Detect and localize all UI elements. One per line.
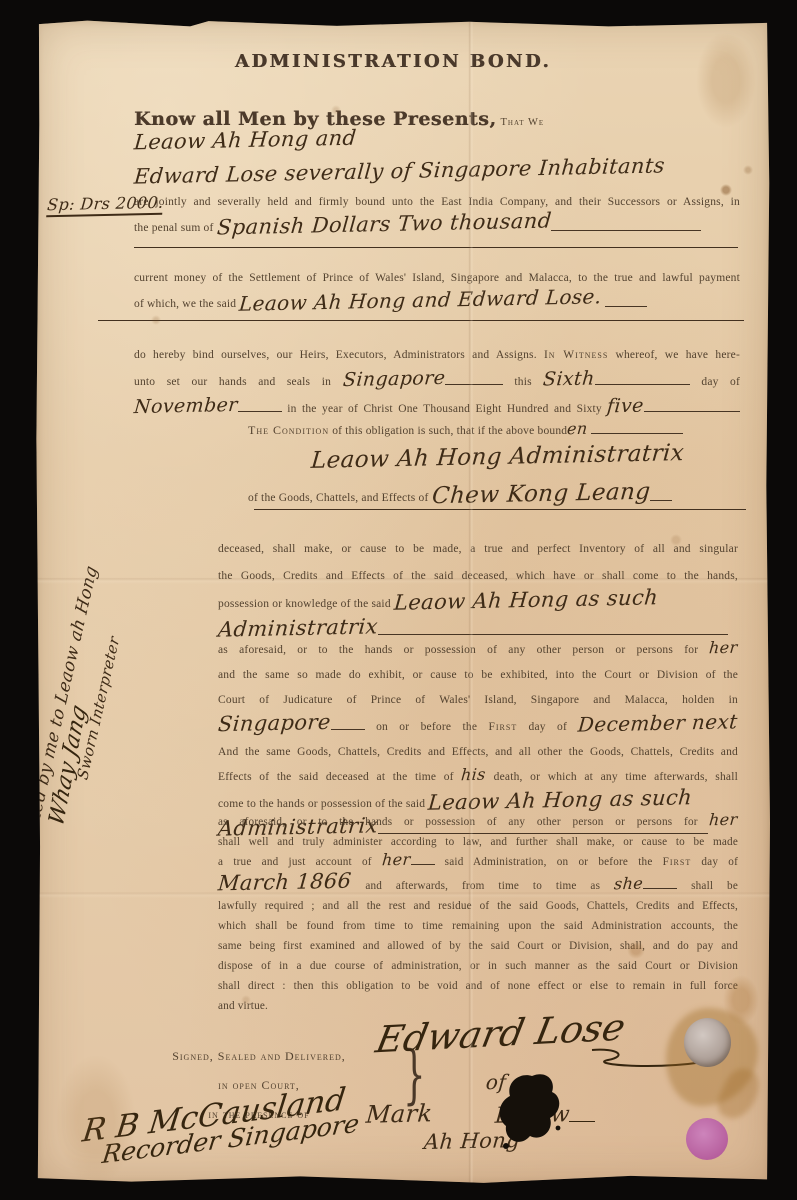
attestation-line-1: Signed, Sealed and Delivered, — [124, 1042, 394, 1071]
exhibit-text-e: death, or which at any time afterwards, … — [494, 771, 738, 783]
hw-holden-place: Singapore — [217, 712, 331, 735]
account-text-b: a true and just account of — [218, 856, 372, 868]
first-day-label-2: First — [663, 856, 692, 868]
hw-mark-word: Mark — [365, 1101, 434, 1126]
payment-lead: of which, we the said — [134, 298, 236, 310]
hw-return-date: December next — [578, 711, 739, 734]
blank-rule — [643, 880, 677, 889]
ink-blot — [498, 1070, 570, 1154]
effects-of-label: of the Goods, Chattels, and Effects of — [248, 492, 429, 504]
opening-line-1: Know all Men by these Presents, That We … — [134, 108, 750, 152]
witness-text-c: unto set our hands and seals in — [134, 376, 331, 388]
hw-obligor-names-2: Edward Lose severally of Singapore Inhab… — [133, 155, 666, 187]
first-day-label-1: First — [488, 721, 517, 733]
hw-account-date: March 1866 — [217, 871, 352, 895]
paragraph-witness: do hereby bind ourselves, our Heirs, Exe… — [134, 342, 740, 423]
witness-line-1: do hereby bind ourselves, our Heirs, Exe… — [134, 342, 740, 369]
witness-text-f: in the year of Christ One Thousand Eight… — [287, 403, 602, 415]
paragraph-opening: Know all Men by these Presents, That We … — [134, 108, 750, 183]
hw-bounden-suffix: en — [567, 421, 589, 437]
hw-pronoun-she: she — [613, 876, 644, 893]
scan-background: { "page": { "background_color": "#0b0908… — [0, 0, 797, 1200]
document-title: ADMINISTRATION BOND. — [76, 51, 710, 72]
payment-line-2: of which, we the said Leaow Ah Hong and … — [134, 290, 740, 316]
account-line-1: as aforesaid, or to the hands or possess… — [218, 812, 738, 832]
blank-rule — [650, 491, 672, 501]
account-text-d: day of — [701, 856, 738, 868]
witness-text-b: whereof, we have here- — [615, 349, 740, 361]
inventory-lead: possession or knowledge of the said — [218, 598, 391, 610]
payment-line-1: current money of the Settlement of Princ… — [134, 266, 740, 290]
blank-rule — [445, 375, 503, 385]
account-line-2: shall well and truly administer accordin… — [218, 832, 738, 852]
account-line-5: lawfully required ; and all the rest and… — [218, 896, 738, 916]
witness-line-2: unto set our hands and seals in Singapor… — [134, 369, 740, 396]
opening-line-2: Edward Lose severally of Singapore Inhab… — [134, 161, 750, 183]
hw-pronoun-her-2: her — [709, 812, 739, 829]
blank-rule — [595, 375, 690, 385]
blank-rule — [411, 856, 435, 865]
hw-deceased-name: Chew Kong Leang — [431, 481, 651, 509]
blank-rule — [331, 720, 365, 730]
exhibit-text-f: come to the hands or possession of the s… — [218, 798, 425, 810]
hw-month: November — [133, 396, 238, 417]
mark-block: of Mark Leaow Ah Hong — [366, 1072, 626, 1153]
paragraph-condition: The Condition of this obligation is such… — [248, 421, 748, 506]
account-text-c: said Administration, on or before the — [445, 856, 653, 868]
blank-rule — [378, 625, 728, 635]
blank-rule — [551, 221, 701, 231]
inventory-line-1: deceased, shall make, or cause to be mad… — [218, 536, 738, 563]
interpreter-note: Explained by me to Leaow ah Hong Whay Ja… — [11, 467, 166, 888]
exhibit-text-a: as aforesaid, or to the hands or possess… — [218, 644, 698, 656]
paragraph-inventory: deceased, shall make, or cause to be mad… — [218, 536, 738, 646]
blank-rule — [238, 402, 282, 412]
blank-line-rule — [134, 247, 738, 248]
inventory-line-3: possession or knowledge of the said Leao… — [218, 590, 738, 618]
hw-place: Singapore — [342, 369, 446, 390]
blank-rule — [644, 402, 740, 412]
exhibit-line-3: Court of Judicature of Prince of Wales' … — [218, 688, 738, 713]
exhibit-text-d: Effects of the said deceased at the time… — [218, 771, 454, 783]
inventory-line-2: the Goods, Credits and Effects of the sa… — [218, 563, 738, 590]
mark-dash — [569, 1109, 595, 1122]
account-line-9: shall direct : then this obligation to b… — [218, 976, 738, 996]
hw-administratrix-name: Leaow Ah Hong Administratrix — [311, 442, 686, 473]
exhibit-line-2: and the same so made do exhibit, or caus… — [218, 663, 738, 688]
witness-text-a: do hereby bind ourselves, our Heirs, Exe… — [134, 349, 537, 361]
exhibit-text-c: day of — [529, 721, 568, 733]
blank-line-rule — [254, 509, 746, 510]
hw-possession-name: Leaow Ah Hong as such — [427, 787, 693, 814]
witness-text-e: day of — [701, 376, 740, 388]
exhibit-line-1: as aforesaid, or to the hands or possess… — [218, 638, 738, 663]
account-text-f: shall be — [691, 880, 738, 892]
hw-obligor-names-1: Leaow Ah Hong and — [133, 128, 357, 154]
penal-sum-lead: the penal sum of — [134, 222, 214, 234]
account-text-a: as aforesaid, or to the hands or possess… — [218, 816, 698, 828]
hw-penal-sum: Spanish Dollars Two thousand — [216, 210, 552, 238]
account-text-e: and afterwards, from time to time as — [365, 880, 600, 892]
condition-text: of this obligation is such, that if the … — [332, 425, 567, 437]
paper-sheet: ADMINISTRATION BOND. Know all Men by the… — [36, 20, 770, 1184]
exhibit-line-5: And the same Goods, Chattels, Credits an… — [218, 740, 738, 765]
paragraph-account: as aforesaid, or to the hands or possess… — [218, 812, 738, 1016]
exhibit-text-b: on or before the — [376, 721, 477, 733]
paragraph-payment: current money of the Settlement of Princ… — [134, 266, 740, 316]
condition-line-1: The Condition of this obligation is such… — [248, 421, 748, 438]
account-line-4: March 1866 and afterwards, from time to … — [218, 872, 738, 896]
hw-pronoun-her-1: her — [709, 640, 739, 657]
wax-seal — [684, 1018, 731, 1067]
in-witness-label: In Witness — [544, 349, 608, 361]
witness-line-3: November in the year of Christ One Thous… — [134, 396, 740, 423]
penal-sum-line-2: the penal sum of Spanish Dollars Two tho… — [134, 214, 740, 240]
blank-line-rule — [98, 320, 744, 321]
hw-inventory-name: Leaow Ah Hong as such — [393, 587, 659, 614]
blank-rule — [591, 424, 683, 434]
blank-rule — [605, 297, 647, 307]
hw-pronoun-his: his — [461, 767, 487, 784]
condition-line-3: of the Goods, Chattels, and Effects of C… — [248, 483, 748, 506]
exhibit-line-4: Singapore on or before the First day of … — [218, 713, 738, 740]
account-line-7: same being first examined and allowed of… — [218, 936, 738, 956]
account-line-6: which shall be found from time to time r… — [218, 916, 738, 936]
hw-day: Sixth — [542, 369, 595, 389]
that-we-label: That We — [500, 117, 544, 128]
pink-wafer-seal — [686, 1118, 728, 1160]
account-line-8: dispose of in a due course of administra… — [218, 956, 738, 976]
hw-payment-names: Leaow Ah Hong and Edward Lose. — [239, 286, 603, 314]
hw-year: five — [607, 397, 645, 417]
witness-text-d: this — [514, 376, 531, 388]
hw-pronoun-her-3: her — [381, 852, 411, 869]
paragraph-penal-sum: are jointly and severally held and firml… — [134, 190, 740, 240]
condition-line-2: Leaow Ah Hong Administratrix — [248, 446, 748, 469]
condition-label: The Condition — [248, 423, 329, 437]
